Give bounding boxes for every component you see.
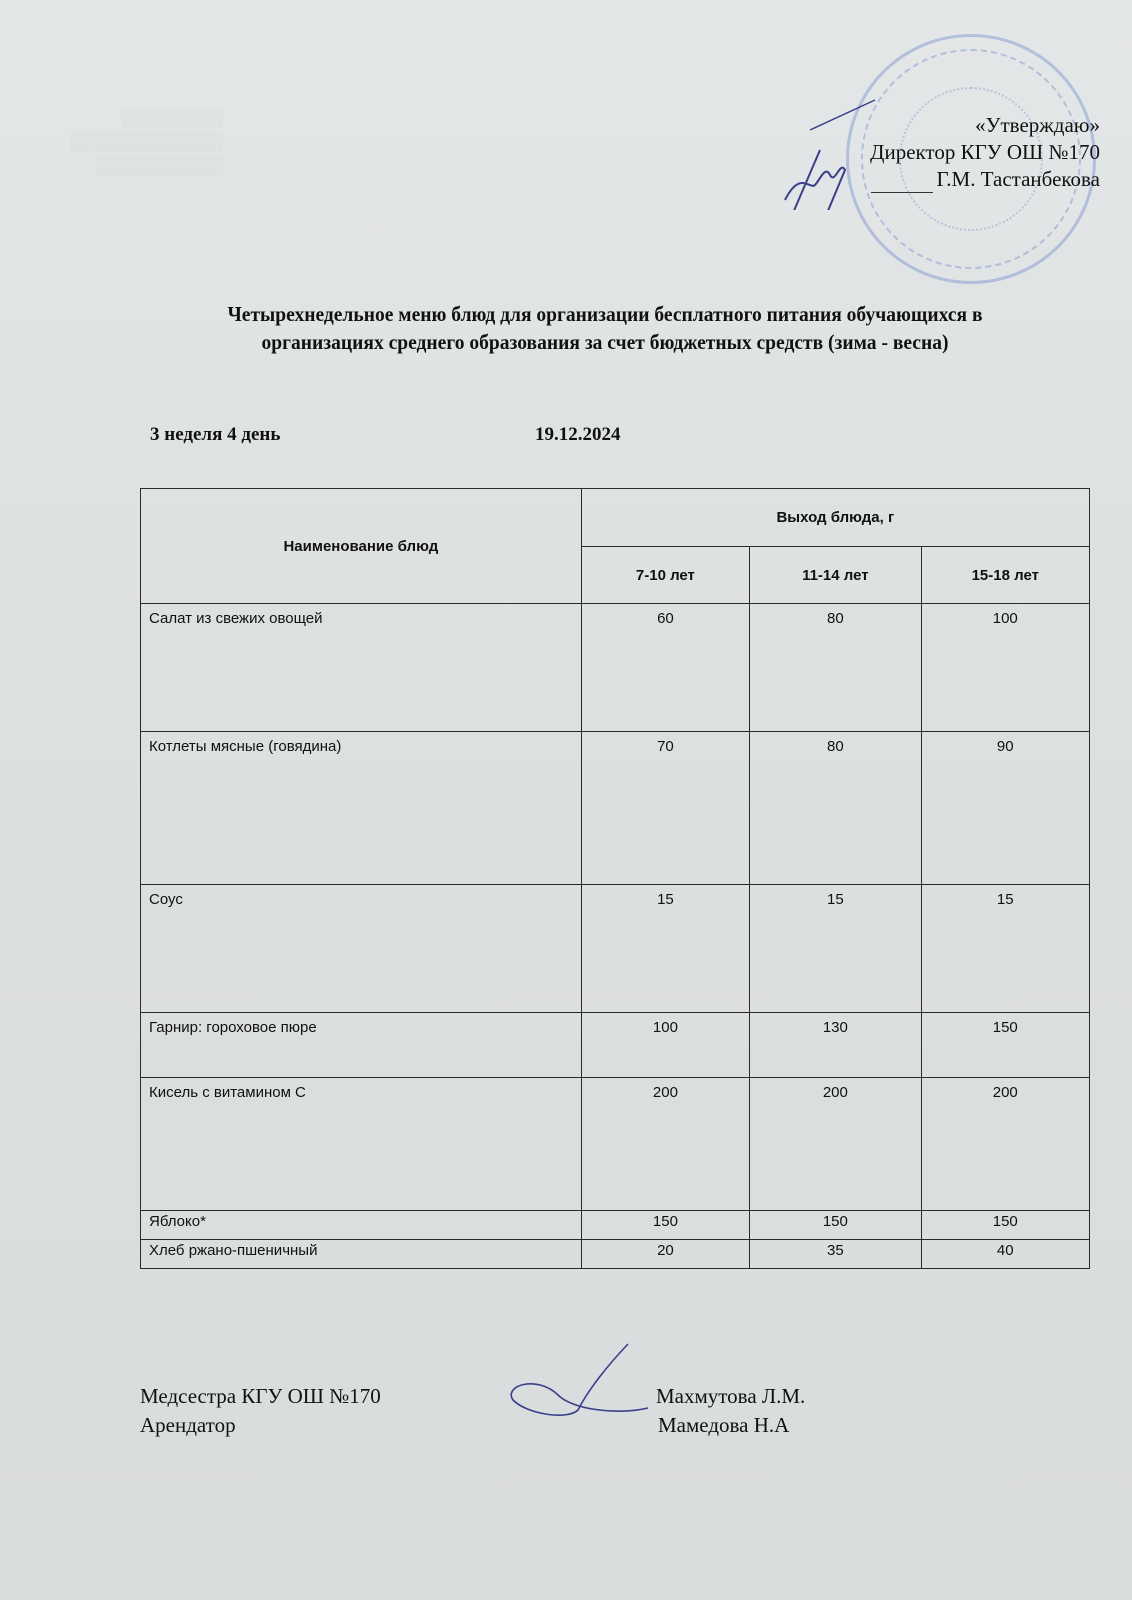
footer-roles: Медсестра КГУ ОШ №170 Арендатор — [140, 1382, 381, 1440]
dish-yield: 200 — [581, 1078, 749, 1211]
nurse-name: Махмутова Л.М. — [656, 1382, 805, 1411]
dish-yield: 15 — [921, 885, 1089, 1013]
dish-yield: 15 — [581, 885, 749, 1013]
dish-name: Соус — [141, 885, 582, 1013]
dish-yield: 200 — [750, 1078, 921, 1211]
approval-block: «Утверждаю» Директор КГУ ОШ №170 Г.М. Та… — [870, 112, 1100, 193]
dish-yield: 100 — [921, 604, 1089, 732]
dish-yield: 80 — [750, 732, 921, 885]
dish-name: Яблоко* — [141, 1211, 582, 1240]
approval-heading: «Утверждаю» — [870, 112, 1100, 139]
dish-yield: 70 — [581, 732, 749, 885]
dish-yield: 100 — [581, 1013, 749, 1078]
dish-yield: 35 — [750, 1240, 921, 1269]
dish-yield: 150 — [921, 1013, 1089, 1078]
dish-yield: 150 — [750, 1211, 921, 1240]
table-row: Кисель с витамином С 200 200 200 — [141, 1078, 1090, 1211]
table-row: Соус 15 15 15 — [141, 885, 1090, 1013]
age-group-header: 7-10 лет — [581, 547, 749, 604]
document-title: Четырехнедельное меню блюд для организац… — [173, 300, 1038, 356]
tenant-role: Арендатор — [140, 1411, 381, 1440]
menu-date: 19.12.2024 — [535, 424, 621, 446]
dish-yield: 150 — [921, 1211, 1089, 1240]
dish-yield: 15 — [750, 885, 921, 1013]
dish-yield: 130 — [750, 1013, 921, 1078]
dish-yield: 90 — [921, 732, 1089, 885]
approver-name: Г.М. Тастанбекова — [937, 167, 1100, 191]
yield-header: Выход блюда, г — [581, 489, 1089, 547]
approver-position: Директор КГУ ОШ №170 — [870, 139, 1100, 166]
age-group-header: 15-18 лет — [921, 547, 1089, 604]
dish-name-header: Наименование блюд — [141, 489, 582, 604]
table-row: Котлеты мясные (говядина) 70 80 90 — [141, 732, 1090, 885]
footer-names: Махмутова Л.М. Мамедова Н.А — [656, 1382, 805, 1440]
table-row: Салат из свежих овощей 60 80 100 — [141, 604, 1090, 732]
dish-yield: 200 — [921, 1078, 1089, 1211]
dish-yield: 20 — [581, 1240, 749, 1269]
dish-yield: 80 — [750, 604, 921, 732]
show-through-text: ▒▒▒▒▒▒▒▒▒▒▒▒▒▒▒▒▒▒▒▒▒▒▒▒▒▒▒▒▒▒ — [70, 105, 223, 177]
table-row: Хлеб ржано-пшеничный 20 35 40 — [141, 1240, 1090, 1269]
nurse-signature-icon — [508, 1340, 658, 1420]
dish-yield: 150 — [581, 1211, 749, 1240]
nurse-role: Медсестра КГУ ОШ №170 — [140, 1382, 381, 1411]
tenant-name: Мамедова Н.А — [656, 1411, 805, 1440]
table-row: Гарнир: гороховое пюре 100 130 150 — [141, 1013, 1090, 1078]
dish-name: Хлеб ржано-пшеничный — [141, 1240, 582, 1269]
dish-name: Гарнир: гороховое пюре — [141, 1013, 582, 1078]
dish-yield: 60 — [581, 604, 749, 732]
director-signature-icon — [780, 90, 900, 210]
table-row: Яблоко* 150 150 150 — [141, 1211, 1090, 1240]
week-day: 3 неделя 4 день — [150, 424, 280, 446]
dish-name: Салат из свежих овощей — [141, 604, 582, 732]
age-group-header: 11-14 лет — [750, 547, 921, 604]
dish-name: Котлеты мясные (говядина) — [141, 732, 582, 885]
dish-name: Кисель с витамином С — [141, 1078, 582, 1211]
menu-table: Наименование блюд Выход блюда, г 7-10 ле… — [140, 488, 1090, 1269]
dish-yield: 40 — [921, 1240, 1089, 1269]
